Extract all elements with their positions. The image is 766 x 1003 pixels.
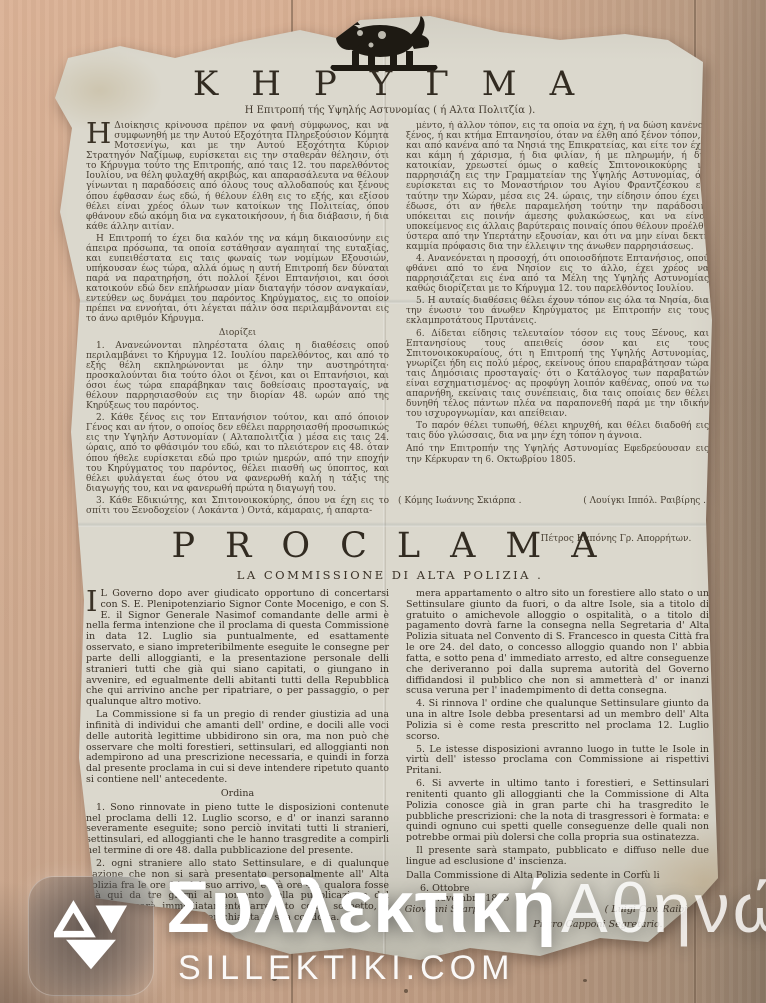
greek-signature: ( Κόμης Ιωάννης Σκιάρπα . bbox=[398, 496, 521, 506]
italian-paragraph: Ordina bbox=[86, 789, 389, 800]
greek-paragraph: 5. Η αυταίς διαθέσεις θέλει έχουν τόπον … bbox=[406, 296, 709, 326]
italian-paragraph: 1. Sono rinnovate in pieno tutte le disp… bbox=[86, 803, 389, 857]
proclamation-paper: ΚΗΡΥΓΜΑ Η Επιτροπή τής Υψηλής Αστυνομίας… bbox=[0, 0, 766, 1003]
italian-paragraph: 4. Si rinnova l' ordine che qualunque Se… bbox=[406, 699, 709, 742]
greek-paragraph: Η Επιτροπή το έχει δια καλόν της να κάμη… bbox=[86, 234, 389, 325]
italian-paragraph: Il presente sarà stampato, pubblicato e … bbox=[406, 846, 709, 868]
greek-paragraph: 1. Ανανεώνονται πληρέστατα όλαις η διαθέ… bbox=[86, 341, 389, 412]
watermark-brand-thin: Αθηνών bbox=[561, 869, 766, 947]
greek-paragraph: Από την Επιτροπήν της Υψηλής Αστυνομίας … bbox=[406, 444, 709, 464]
watermark-brand-bold: Συλλεκτική bbox=[166, 867, 557, 948]
paper-wrap: ΚΗΡΥΓΜΑ Η Επιτροπή τής Υψηλής Αστυνομίας… bbox=[0, 0, 766, 1003]
greek-paragraph: μέντο, ή άλλον τόπον, εις τα οποία να έχ… bbox=[406, 121, 709, 252]
italian-title: PROCLAMA bbox=[80, 526, 700, 566]
greek-paragraph: 6. Δίδεται είδησις τελευταίον τόσον εις … bbox=[406, 329, 709, 420]
greek-paragraph: Το παρόν θέλει τυπωθή, θέλει κηρυχθή, κα… bbox=[406, 421, 709, 441]
greek-right-column: μέντο, ή άλλον τόπον, εις τα οποία να έχ… bbox=[406, 121, 709, 523]
greek-title: ΚΗΡΥΓΜΑ bbox=[80, 64, 700, 104]
sillektiki-logo bbox=[28, 876, 154, 996]
greek-signature: ( Λουίγκι Ιππόλ. Ραιβίρης . bbox=[583, 496, 706, 506]
triangles-emblem-icon bbox=[54, 899, 128, 973]
watermark-brand: ΣυλλεκτικήΑθηνών bbox=[166, 866, 766, 949]
photo-of-historical-proclamation: ΚΗΡΥΓΜΑ Η Επιτροπή τής Υψηλής Αστυνομίας… bbox=[0, 0, 766, 1003]
watermark-site-url: SILLEKTIKI.COM bbox=[178, 949, 514, 988]
greek-paragraph: Διορίζει bbox=[86, 328, 389, 338]
greek-left-column: Η Διοίκησις κρίνουσα πρέπον να φανή σύμφ… bbox=[86, 121, 389, 523]
italian-subtitle: LA COMMISSIONE DI ALTA POLIZIA . bbox=[80, 568, 700, 582]
greek-signature-row: ( Κόμης Ιωάννης Σκιάρπα .( Λουίγκι Ιππόλ… bbox=[398, 496, 706, 506]
italian-paragraph: IL Governo dopo aver giudicato opportuno… bbox=[86, 589, 389, 708]
greek-paragraph: 3. Κάθε Εδικιώτης, και Σπιτονοικοκύρης, … bbox=[86, 496, 389, 516]
greek-paragraph: 2. Κάθε ξένος εις τον Επτανήσιον τούτον,… bbox=[86, 413, 389, 494]
italian-paragraph: 6. Si avverte in ultimo tanto i forestie… bbox=[406, 779, 709, 844]
italian-paragraph: mera appartamento o altro sito un forest… bbox=[406, 589, 709, 697]
greek-columns: Η Διοίκησις κρίνουσα πρέπον να φανή σύμφ… bbox=[86, 121, 710, 523]
italian-paragraph: 5. Le istesse disposizioni avranno luogo… bbox=[406, 745, 709, 777]
greek-paragraph: 4. Ανανεόνεται η προσοχή, ότι οποιοσδήπο… bbox=[406, 254, 709, 294]
italian-paragraph: La Commissione si fa un pregio di render… bbox=[86, 710, 389, 786]
greek-paragraph: Η Διοίκησις κρίνουσα πρέπον να φανή σύμφ… bbox=[86, 121, 389, 232]
greek-subtitle: Η Επιτροπή τής Υψηλής Αστυνομίας ( ή Αλτ… bbox=[80, 105, 700, 116]
